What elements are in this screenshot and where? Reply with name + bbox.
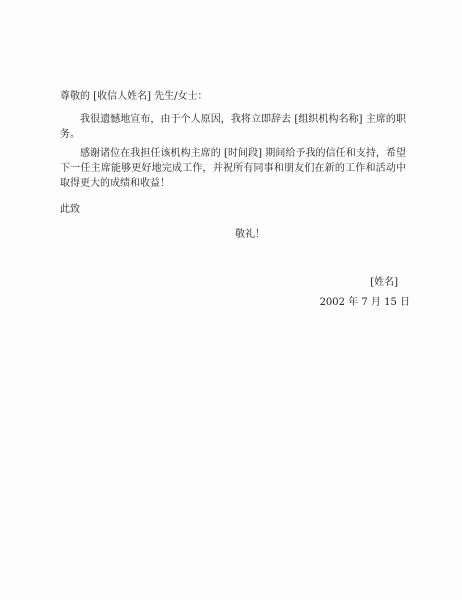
signature-name: [姓名] (60, 275, 398, 290)
closing-line: 此致 (60, 202, 80, 217)
letter-page: 尊敬的 [收信人姓名] 先生/女士： 我很遗憾地宣布，由于个人原因，我将立即辞去… (0, 0, 462, 600)
body-paragraph-resignation: 我很遗憾地宣布，由于个人原因，我将立即辞去 [组织机构名称] 主席的职务。 (60, 112, 406, 142)
signature-date: 2002 年 7 月 15 日 (60, 295, 410, 310)
salute-line: 敬礼！ (235, 227, 265, 242)
body-paragraph-thanks: 感谢诸位在我担任该机构主席的 [时间段] 期间给予我的信任和支持，希望下一任主席… (60, 146, 406, 191)
salutation-line: 尊敬的 [收信人姓名] 先生/女士： (60, 89, 406, 104)
